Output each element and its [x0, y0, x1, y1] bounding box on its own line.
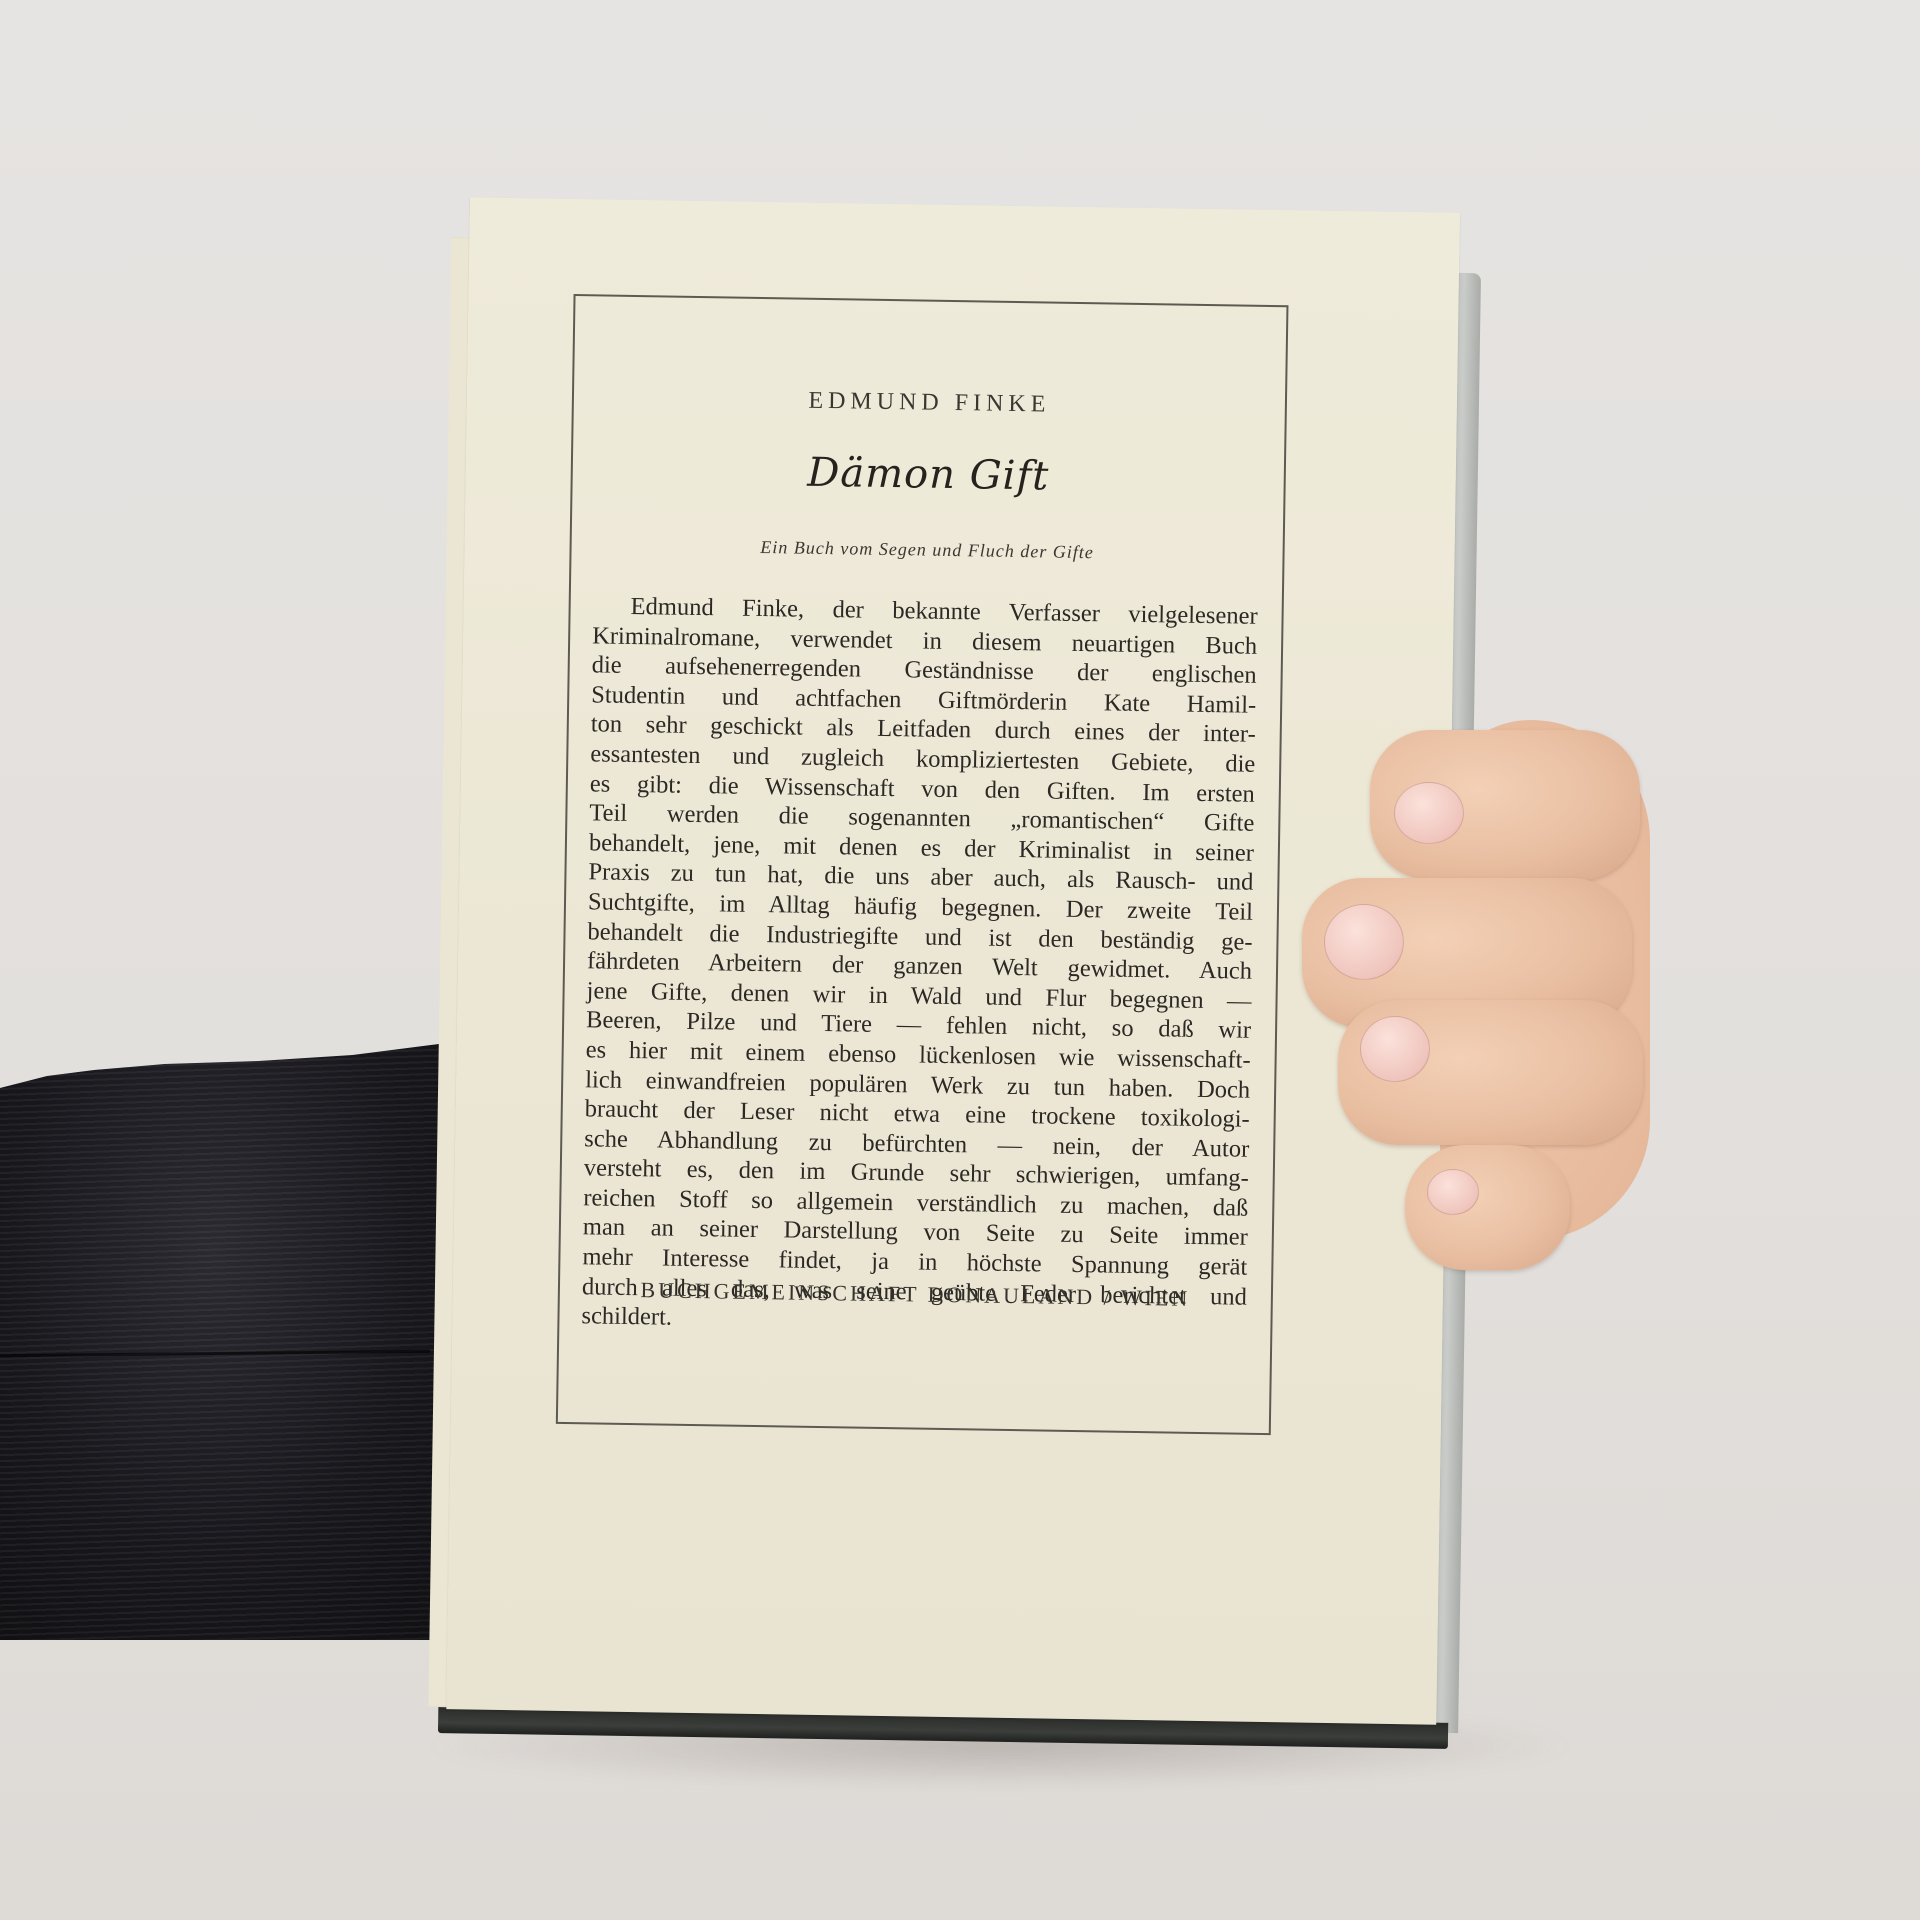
author-name: EDMUND FINKE: [574, 384, 1285, 422]
photo-scene: EDMUND FINKE Dämon Gift Ein Buch vom Seg…: [0, 0, 1920, 1920]
blurb-paragraph: Edmund Finke, der bekannte Verfasser vie…: [581, 591, 1258, 1341]
fingernail: [1394, 782, 1464, 844]
cover-frame-border: EDMUND FINKE Dämon Gift Ein Buch vom Seg…: [556, 294, 1289, 1435]
fingernail: [1360, 1016, 1430, 1082]
index-finger: [1370, 730, 1640, 880]
book-subtitle: Ein Buch vom Segen und Fluch der Gifte: [571, 534, 1282, 566]
book-title: Dämon Gift: [572, 446, 1284, 503]
cover-text: EDMUND FINKE Dämon Gift Ein Buch vom Seg…: [558, 296, 1287, 1433]
fingernail: [1427, 1169, 1479, 1215]
ring-finger: [1338, 1000, 1643, 1145]
dark-sleeve-arm: [0, 1040, 470, 1640]
little-finger: [1405, 1145, 1570, 1270]
fingernail: [1324, 904, 1404, 980]
